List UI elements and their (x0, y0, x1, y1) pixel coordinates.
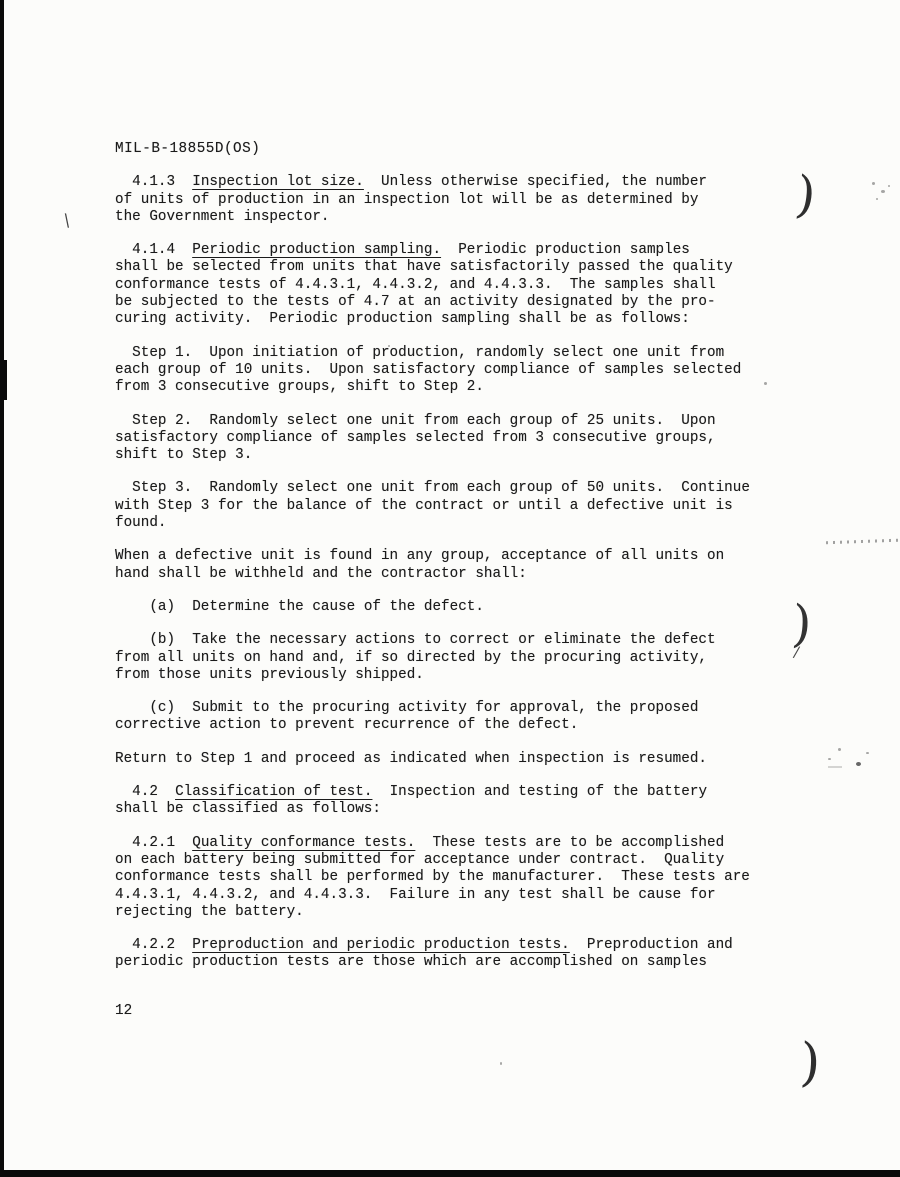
paragraph-return-to-step-1: Return to Step 1 and proceed as indicate… (115, 751, 805, 768)
paragraph-text: Return to Step 1 and proceed as indicate… (115, 751, 707, 767)
paragraph-text: When a defective unit is found in any gr… (115, 548, 724, 581)
scan-border-left (0, 0, 4, 1177)
scanned-document-page: MIL-B-18855D(OS) 4.1.3 Inspection lot si… (0, 0, 900, 1177)
paragraph-4-1-3-inspection-lot-size: 4.1.3 Inspection lot size. Unless otherw… (115, 174, 805, 226)
scan-speck (872, 182, 875, 185)
paragraph-text: (c) Submit to the procuring activity for… (115, 700, 698, 733)
paragraph-step-3: Step 3. Randomly select one unit from ea… (115, 480, 805, 532)
scan-speck (876, 198, 878, 200)
document-body: MIL-B-18855D(OS) 4.1.3 Inspection lot si… (115, 141, 805, 1020)
section-number: 4.2 (115, 784, 175, 800)
paragraph-4-2-2-preproduction-tests: 4.2.2 Preproduction and periodic product… (115, 937, 805, 972)
scan-artifact-curve-bottom: ) (798, 1033, 821, 1094)
section-number: 4.2.1 (115, 835, 192, 851)
list-item-c: (c) Submit to the procuring activity for… (115, 700, 805, 735)
section-number: 4.1.3 (115, 174, 192, 190)
paragraph-text: (b) Take the necessary actions to correc… (115, 632, 716, 683)
scan-speck (828, 758, 831, 760)
scan-border-bottom (0, 1170, 900, 1177)
page-number: 12 (115, 1003, 805, 1020)
paragraph-defective-unit-rule: When a defective unit is found in any gr… (115, 548, 805, 583)
paragraph-text: Step 3. Randomly select one unit from ea… (115, 480, 750, 531)
list-item-a: (a) Determine the cause of the defect. (115, 599, 805, 616)
scan-artifact-dashed-line (826, 539, 898, 545)
paragraph-4-2-classification-of-test: 4.2 Classification of test. Inspection a… (115, 784, 805, 819)
scan-artifact-backslash: \ (63, 211, 71, 231)
scan-speck (881, 190, 885, 193)
paragraph-text: Step 1. Upon initiation of production, r… (115, 345, 741, 396)
section-number: 4.1.4 (115, 242, 192, 258)
list-item-b: (b) Take the necessary actions to correc… (115, 632, 805, 684)
scan-speck (888, 185, 890, 187)
paragraph-text: (a) Determine the cause of the defect. (115, 599, 484, 615)
scan-smudge (828, 766, 842, 768)
section-title: Preproduction and periodic production te… (192, 937, 570, 953)
section-number: 4.2.2 (115, 937, 192, 953)
paragraph-text: Step 2. Randomly select one unit from ea… (115, 413, 716, 464)
scan-speck (500, 1062, 502, 1065)
section-title: Inspection lot size. (192, 174, 364, 190)
section-title: Periodic production sampling. (192, 242, 441, 258)
scan-speck (838, 748, 841, 751)
paragraph-step-2: Step 2. Randomly select one unit from ea… (115, 413, 805, 465)
scan-speck (856, 762, 861, 766)
scan-speck (866, 752, 869, 754)
paragraph-4-1-4-periodic-production-sampling: 4.1.4 Periodic production sampling. Peri… (115, 242, 805, 328)
section-title: Quality conformance tests. (192, 835, 415, 851)
paragraph-step-1: Step 1. Upon initiation of production, r… (115, 345, 805, 397)
section-title: Classification of test. (175, 784, 372, 800)
paragraph-4-2-1-quality-conformance-tests: 4.2.1 Quality conformance tests. These t… (115, 835, 805, 921)
document-id-header: MIL-B-18855D(OS) (115, 141, 805, 158)
